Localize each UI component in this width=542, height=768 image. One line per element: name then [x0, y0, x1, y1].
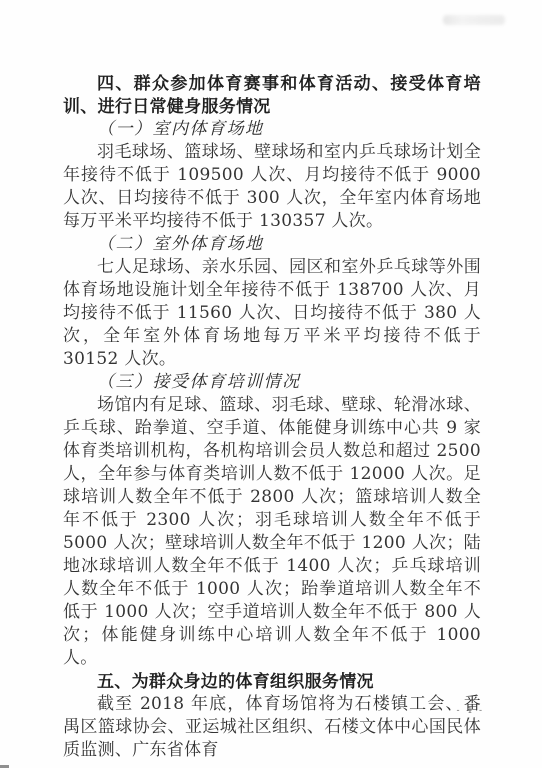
scan-smudge-artifact: [443, 15, 505, 25]
paragraph-outdoor-venues: 七人足球场、亲水乐园、园区和室外乒乓球等外围体育场地设施计划全年接待不低于 13…: [63, 256, 481, 371]
paragraph-organizations: 截至 2018 年底，体育场馆将为石楼镇工会、番禺区篮球协会、亚运城社区组织、石…: [63, 693, 481, 762]
subsection-heading-3-training: （三）接受体育培训情况: [63, 371, 481, 394]
paragraph-training: 场馆内有足球、篮球、羽毛球、壁球、轮滑冰球、乒乓球、跆拳道、空手道、体能健身训练…: [63, 394, 481, 670]
subsection-heading-2-outdoor-venues: （二）室外体育场地: [63, 233, 481, 256]
scanned-document-page: 四、群众参加体育赛事和体育活动、接受体育培训、进行日常健身服务情况 （一）室内体…: [0, 0, 542, 768]
document-body: 四、群众参加体育赛事和体育活动、接受体育培训、进行日常健身服务情况 （一）室内体…: [63, 72, 481, 762]
section-heading-4: 四、群众参加体育赛事和体育活动、接受体育培训、进行日常健身服务情况: [63, 72, 481, 118]
subsection-heading-1-indoor-venues: （一）室内体育场地: [63, 118, 481, 141]
page-number: - 4 -: [456, 706, 484, 716]
paragraph-indoor-venues: 羽毛球场、篮球场、壁球场和室内乒乓球场计划全年接待不低于 109500 人次、月…: [63, 141, 481, 233]
section-heading-5: 五、为群众身边的体育组织服务情况: [63, 670, 481, 693]
